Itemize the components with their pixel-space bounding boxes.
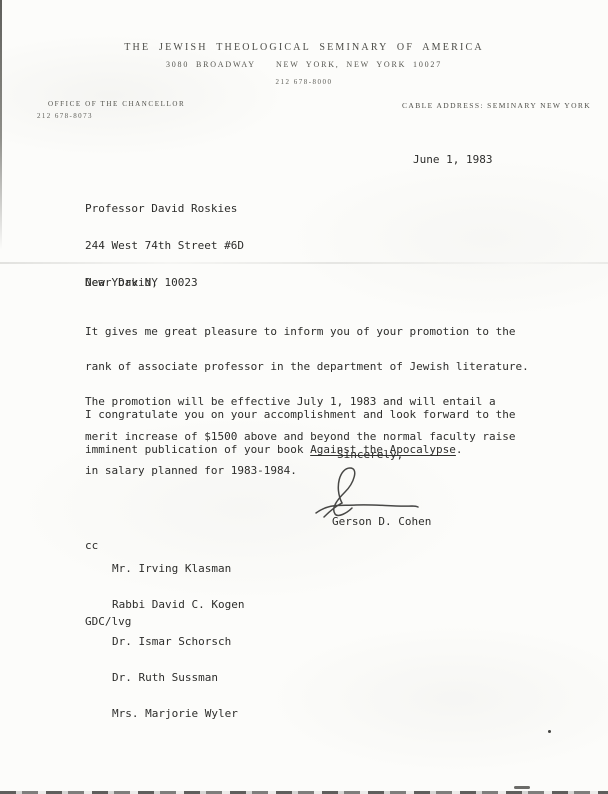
letter-date: June 1, 1983 — [413, 153, 492, 166]
signature-handwriting — [306, 463, 420, 521]
scan-speck — [548, 730, 551, 733]
letterhead-office: OFFICE OF THE CHANCELLOR — [48, 100, 185, 108]
cc-name: Mrs. Marjorie Wyler — [112, 708, 244, 720]
cc-name: Dr. Ismar Schorsch — [112, 636, 244, 648]
letter-page: THE JEWISH THEOLOGICAL SEMINARY OF AMERI… — [0, 0, 608, 794]
letterhead-institution: THE JEWISH THEOLOGICAL SEMINARY OF AMERI… — [0, 42, 608, 53]
body-paragraph-2: I congratulate you on your accomplishmen… — [85, 386, 515, 479]
letterhead-cable-address: CABLE ADDRESS: SEMINARY NEW YORK — [402, 101, 591, 110]
body-line-prefix: imminent publication of your book — [85, 443, 310, 456]
cc-label: cc — [85, 539, 98, 552]
body-line: imminent publication of your book Agains… — [85, 444, 515, 456]
body-line: It gives me great pleasure to inform you… — [85, 326, 529, 338]
cc-name: Mr. Irving Klasman — [112, 563, 244, 575]
salutation: Dear David, — [85, 276, 158, 289]
recipient-street: 244 West 74th Street #6D — [85, 240, 244, 252]
letterhead-office-phone: 212 678-8073 — [37, 112, 93, 120]
body-line: rank of associate professor in the depar… — [85, 361, 529, 373]
scan-edge-left — [0, 0, 2, 250]
letterhead-address: 3080 BROADWAY NEW YORK, NEW YORK 10027 — [0, 60, 608, 69]
typist-initials: GDC/lvg — [85, 615, 131, 628]
body-line-suffix: . — [456, 443, 463, 456]
recipient-address: Professor David Roskies 244 West 74th St… — [85, 179, 244, 313]
body-line: I congratulate you on your accomplishmen… — [85, 409, 515, 421]
scan-speck — [514, 786, 530, 789]
cc-name: Rabbi David C. Kogen — [112, 599, 244, 611]
recipient-name: Professor David Roskies — [85, 203, 244, 215]
letterhead-phone: 212 678-8000 — [0, 78, 608, 86]
signature-name: Gerson D. Cohen — [332, 515, 431, 528]
closing: Sincerely, — [337, 448, 403, 461]
cc-list: Mr. Irving Klasman Rabbi David C. Kogen … — [112, 539, 244, 745]
signature-icon — [306, 463, 420, 521]
cc-name: Dr. Ruth Sussman — [112, 672, 244, 684]
